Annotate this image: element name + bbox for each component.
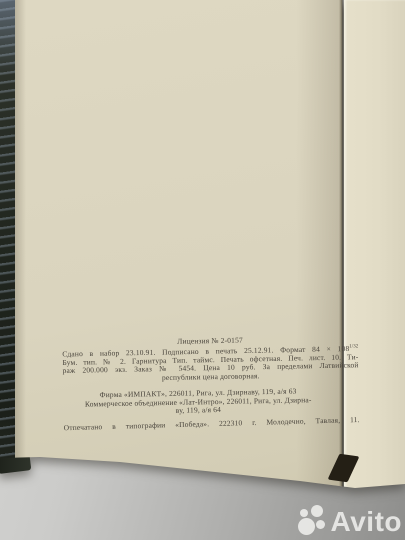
avito-wordmark: Avito (331, 508, 402, 536)
colophon-text: Лицензия № 2-0157 Сдано в набор 23.10.91… (62, 334, 360, 431)
colophon-page (15, 0, 342, 540)
publisher-block: Фирма «ИМПАКТ», 226011, Рига, ул. Дзирна… (50, 387, 346, 418)
imprint-format-fraction: 1/32 (349, 344, 358, 349)
book-photo: Лицензия № 2-0157 Сдано в набор 23.10.91… (0, 0, 405, 540)
book-pages: Лицензия № 2-0157 Сдано в набор 23.10.91… (0, 0, 405, 540)
open-book: Лицензия № 2-0157 Сдано в набор 23.10.91… (0, 0, 405, 540)
avito-logo-icon (298, 505, 327, 536)
avito-watermark: Avito (298, 505, 402, 536)
